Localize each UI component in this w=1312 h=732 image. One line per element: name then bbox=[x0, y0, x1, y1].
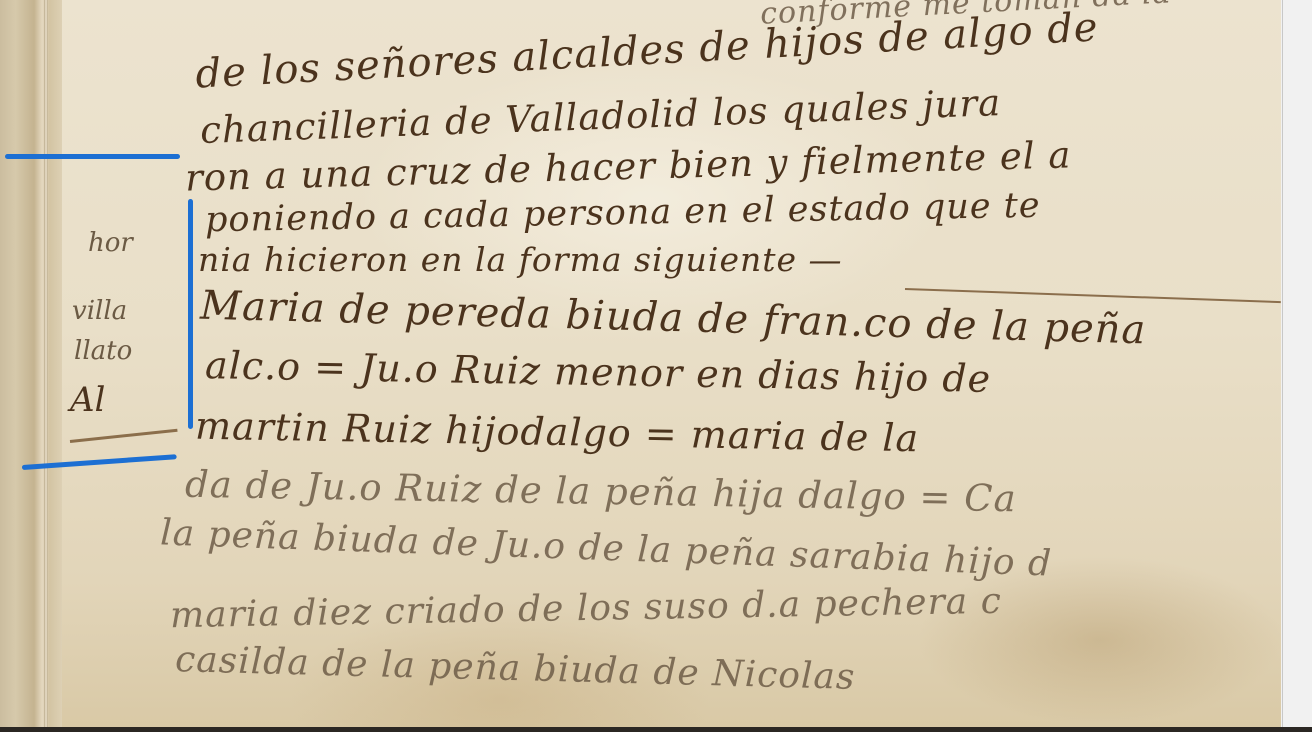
manuscript-line-7: alc.o = Ju.o Ruiz menor en dias hijo de bbox=[205, 343, 992, 401]
page-binding-edge bbox=[0, 0, 62, 727]
manuscript-line-12: casilda de la peña biuda de Nicolas bbox=[175, 639, 856, 698]
image-viewer: conforme me toman da la de los señores a… bbox=[0, 0, 1312, 732]
ruled-divider bbox=[905, 288, 1281, 303]
margin-note-line-0: hor bbox=[88, 228, 133, 258]
margin-note-line-2: llato bbox=[74, 336, 132, 366]
bottom-toolbar-strip bbox=[0, 727, 1312, 732]
manuscript-line-8: martin Ruiz hijodalgo = maria de la bbox=[195, 404, 920, 461]
manuscript-line-5: nia hicieron en la forma siguiente — bbox=[198, 240, 843, 279]
margin-note-line-1: villa bbox=[72, 296, 127, 326]
margin-note-line-3: Al bbox=[70, 380, 105, 420]
manuscript-page: conforme me toman da la de los señores a… bbox=[0, 0, 1281, 727]
scrollbar-track[interactable] bbox=[1283, 0, 1312, 727]
annotation-vertical-line bbox=[188, 199, 193, 429]
manuscript-line-11: maria diez criado de los suso d.a pecher… bbox=[170, 581, 1002, 637]
manuscript-line-9: da de Ju.o Ruiz de la peña hija dalgo = … bbox=[185, 463, 1017, 521]
binding-crease bbox=[44, 0, 48, 727]
annotation-top-line bbox=[5, 154, 180, 159]
margin-underline bbox=[70, 429, 178, 443]
manuscript-line-10: la peña biuda de Ju.o de la peña sarabia… bbox=[160, 512, 1053, 584]
